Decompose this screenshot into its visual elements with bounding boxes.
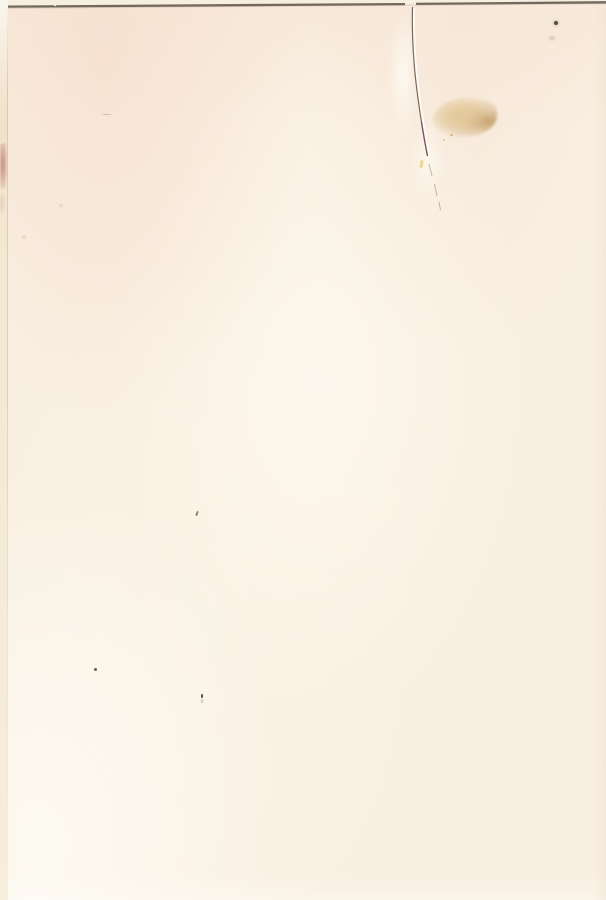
faint-smudge-top-right	[549, 36, 555, 40]
paper-sheet	[8, 0, 606, 900]
speck-smear	[201, 699, 203, 703]
speck-lower-left	[94, 668, 97, 671]
stain-dot	[443, 139, 445, 141]
scanned-blank-page	[0, 0, 606, 900]
paper-dimple	[22, 235, 26, 239]
paper-dimple	[59, 204, 63, 207]
left-edge-pink-mark	[0, 143, 7, 189]
stain-dot	[450, 134, 453, 136]
speck-lower-middle	[201, 694, 203, 698]
faint-dash-mark	[103, 114, 111, 115]
left-edge-pink-mark-faint	[0, 192, 5, 214]
dark-fleck-top-right	[554, 21, 558, 25]
tear-white-sheen-upper	[388, 8, 418, 138]
